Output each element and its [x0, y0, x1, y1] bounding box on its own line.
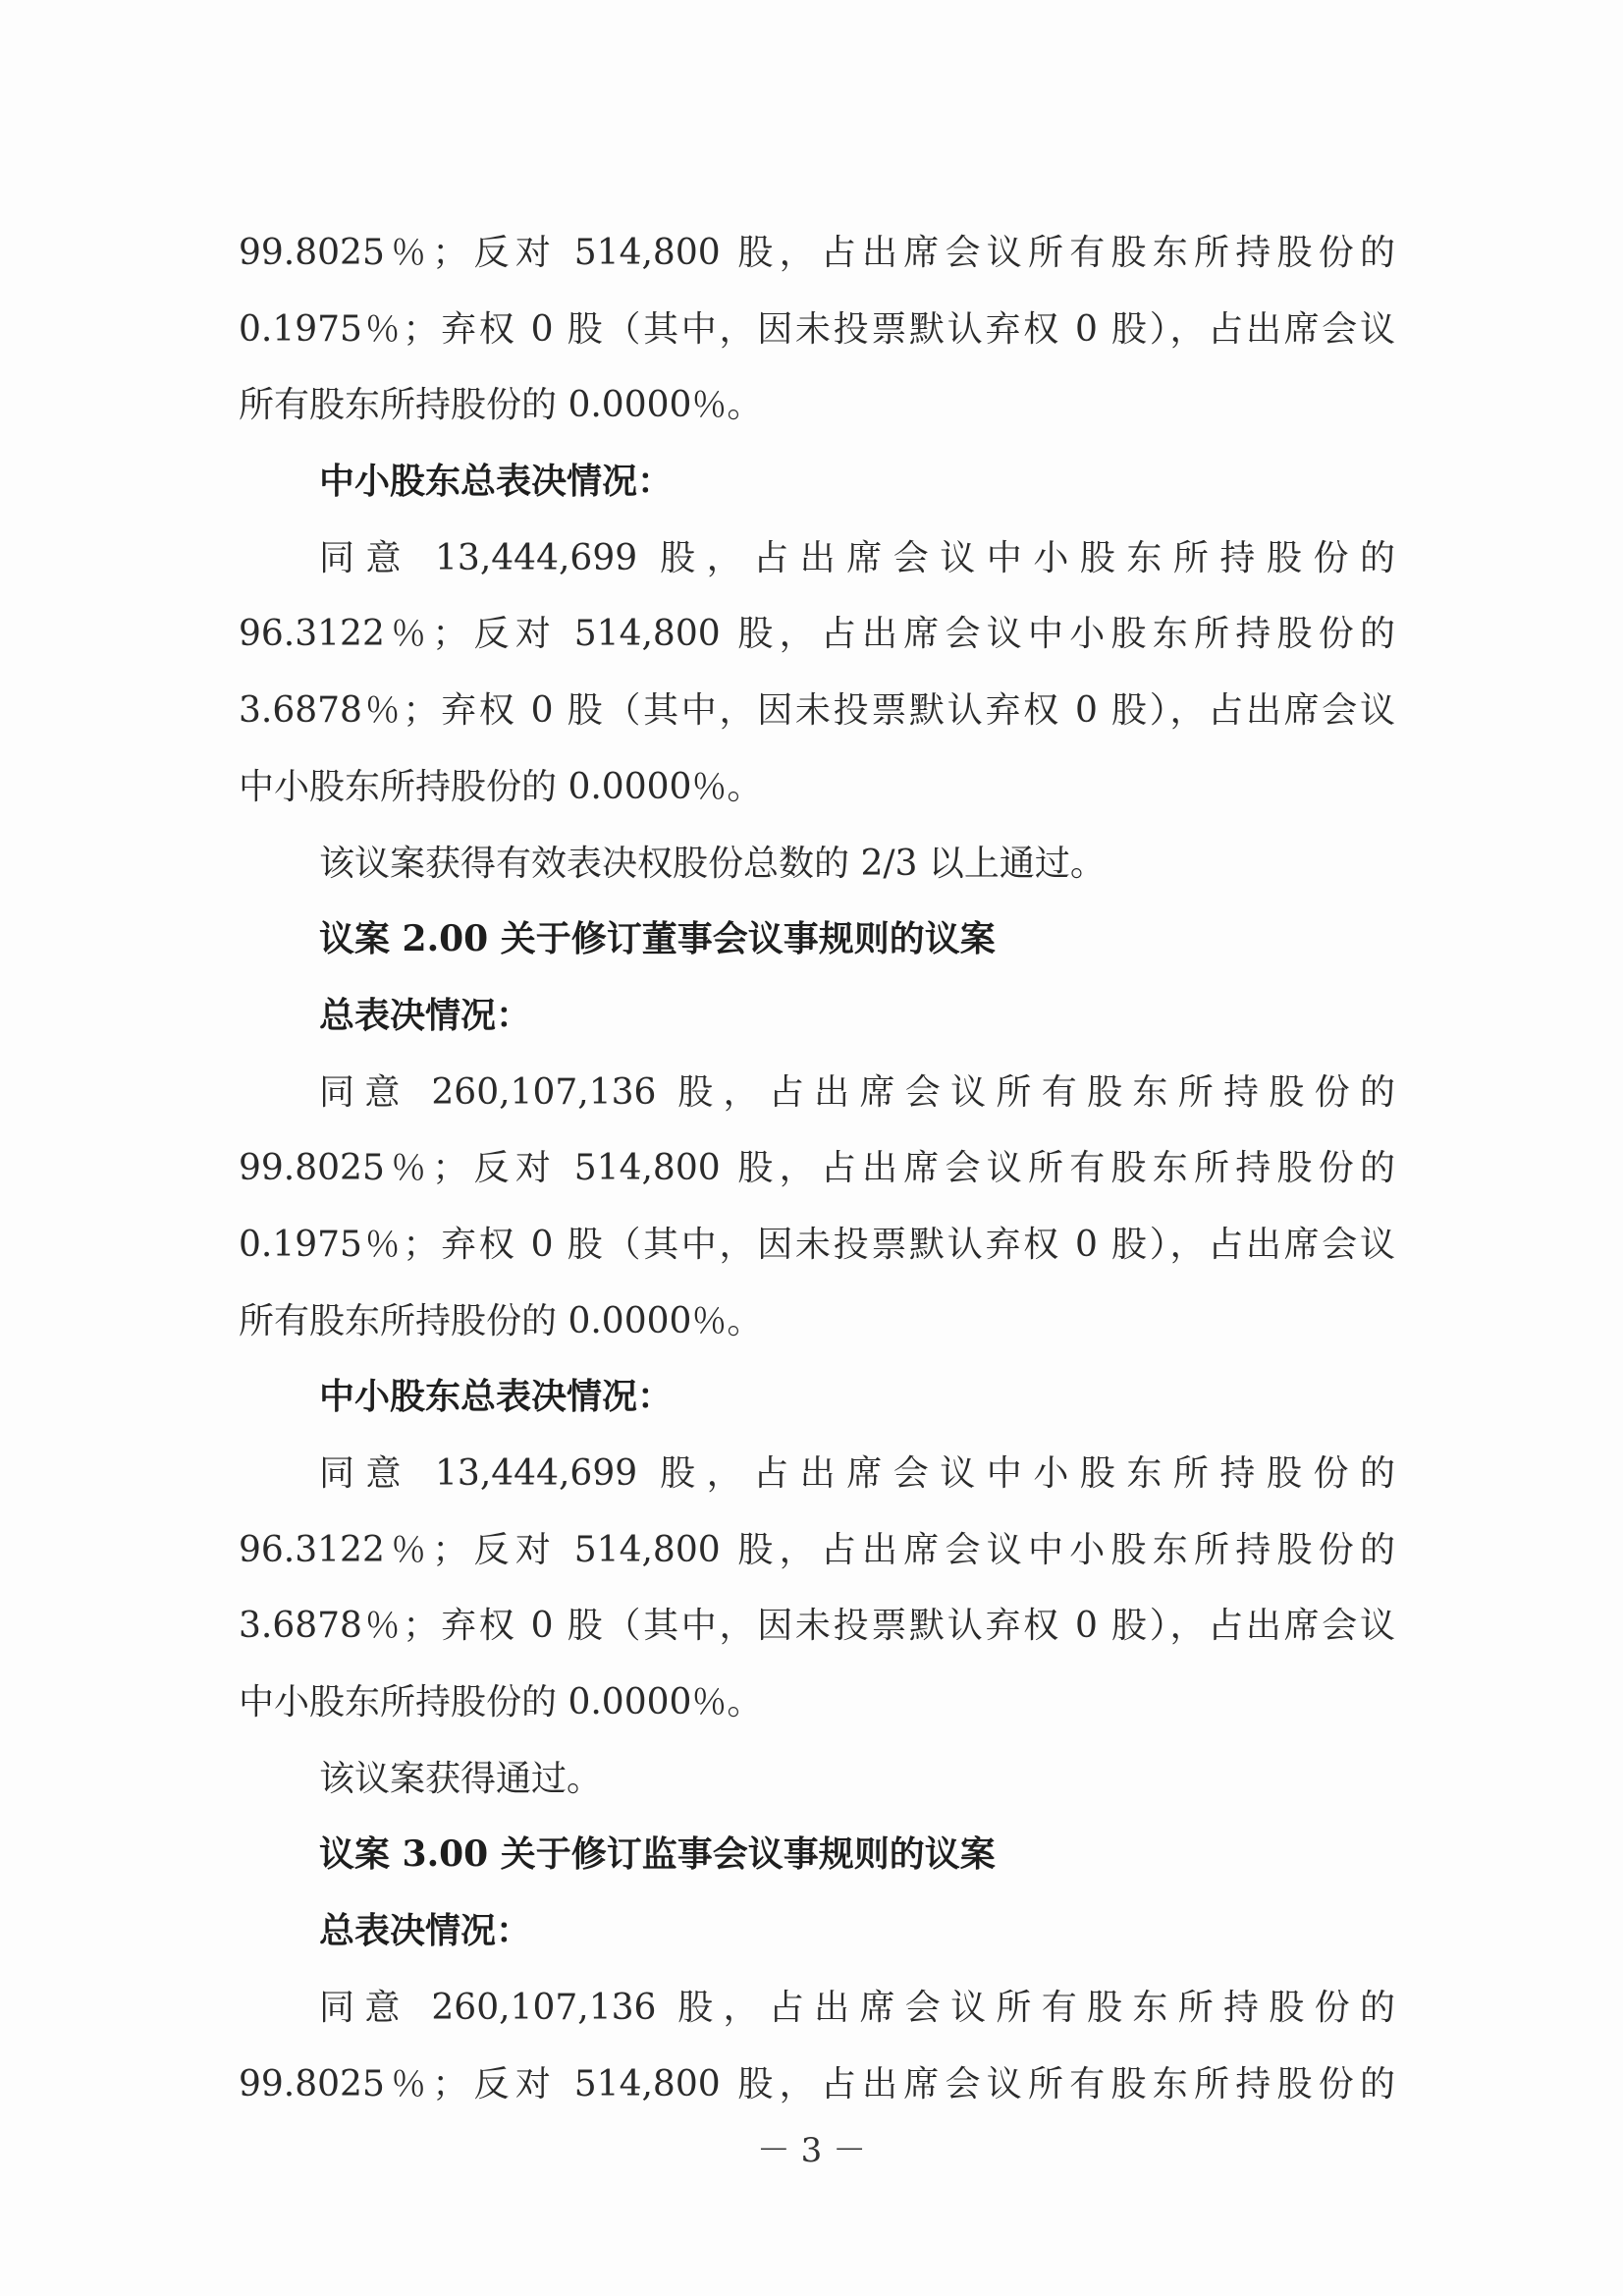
section-heading-minority-shareholders: 中小股东总表决情况： — [239, 1359, 1395, 1436]
section-heading-total-vote: 总表决情况： — [239, 978, 1395, 1055]
text-line: 所有股东所持股份的 0.0000％。 — [239, 367, 1395, 444]
text-line: 同意 260,107,136 股，占出席会议所有股东所持股份的 — [239, 1055, 1395, 1131]
text-line: 同意 13,444,699 股，占出席会议中小股东所持股份的 — [239, 1436, 1395, 1512]
text-line: 3.6878％；弃权 0 股（其中，因未投票默认弃权 0 股），占出席会议 — [239, 1588, 1395, 1665]
text-line: 99.8025％；反对 514,800 股，占出席会议所有股东所持股份的 — [239, 215, 1395, 292]
resolution-result: 该议案获得通过。 — [239, 1741, 1395, 1818]
text-line: 0.1975％；弃权 0 股（其中，因未投票默认弃权 0 股），占出席会议 — [239, 1207, 1395, 1284]
text-line: 3.6878％；弃权 0 股（其中，因未投票默认弃权 0 股），占出席会议 — [239, 673, 1395, 749]
resolution-result: 该议案获得有效表决权股份总数的 2/3 以上通过。 — [239, 826, 1395, 902]
text-line: 同意 260,107,136 股，占出席会议所有股东所持股份的 — [239, 1970, 1395, 2047]
section-heading-total-vote: 总表决情况： — [239, 1893, 1395, 1970]
proposal-heading-3: 议案 3.00 关于修订监事会议事规则的议案 — [239, 1817, 1395, 1893]
text-line: 96.3122％；反对 514,800 股，占出席会议中小股东所持股份的 — [239, 1512, 1395, 1589]
section-heading-minority-shareholders: 中小股东总表决情况： — [239, 444, 1395, 520]
proposal-heading-2: 议案 2.00 关于修订董事会议事规则的议案 — [239, 902, 1395, 978]
text-line: 中小股东所持股份的 0.0000％。 — [239, 749, 1395, 826]
text-line: 99.8025％；反对 514,800 股，占出席会议所有股东所持股份的 — [239, 2047, 1395, 2123]
document-page: 99.8025％；反对 514,800 股，占出席会议所有股东所持股份的 0.1… — [0, 0, 1623, 2296]
text-line: 所有股东所持股份的 0.0000％。 — [239, 1284, 1395, 1360]
text-line: 0.1975％；弃权 0 股（其中，因未投票默认弃权 0 股），占出席会议 — [239, 292, 1395, 368]
text-line: 99.8025％；反对 514,800 股，占出席会议所有股东所持股份的 — [239, 1130, 1395, 1207]
page-number: － 3 － — [0, 2127, 1623, 2174]
text-line: 中小股东所持股份的 0.0000％。 — [239, 1665, 1395, 1741]
document-body: 99.8025％；反对 514,800 股，占出席会议所有股东所持股份的 0.1… — [239, 215, 1395, 2122]
text-line: 96.3122％；反对 514,800 股，占出席会议中小股东所持股份的 — [239, 596, 1395, 673]
text-line: 同意 13,444,699 股，占出席会议中小股东所持股份的 — [239, 520, 1395, 597]
